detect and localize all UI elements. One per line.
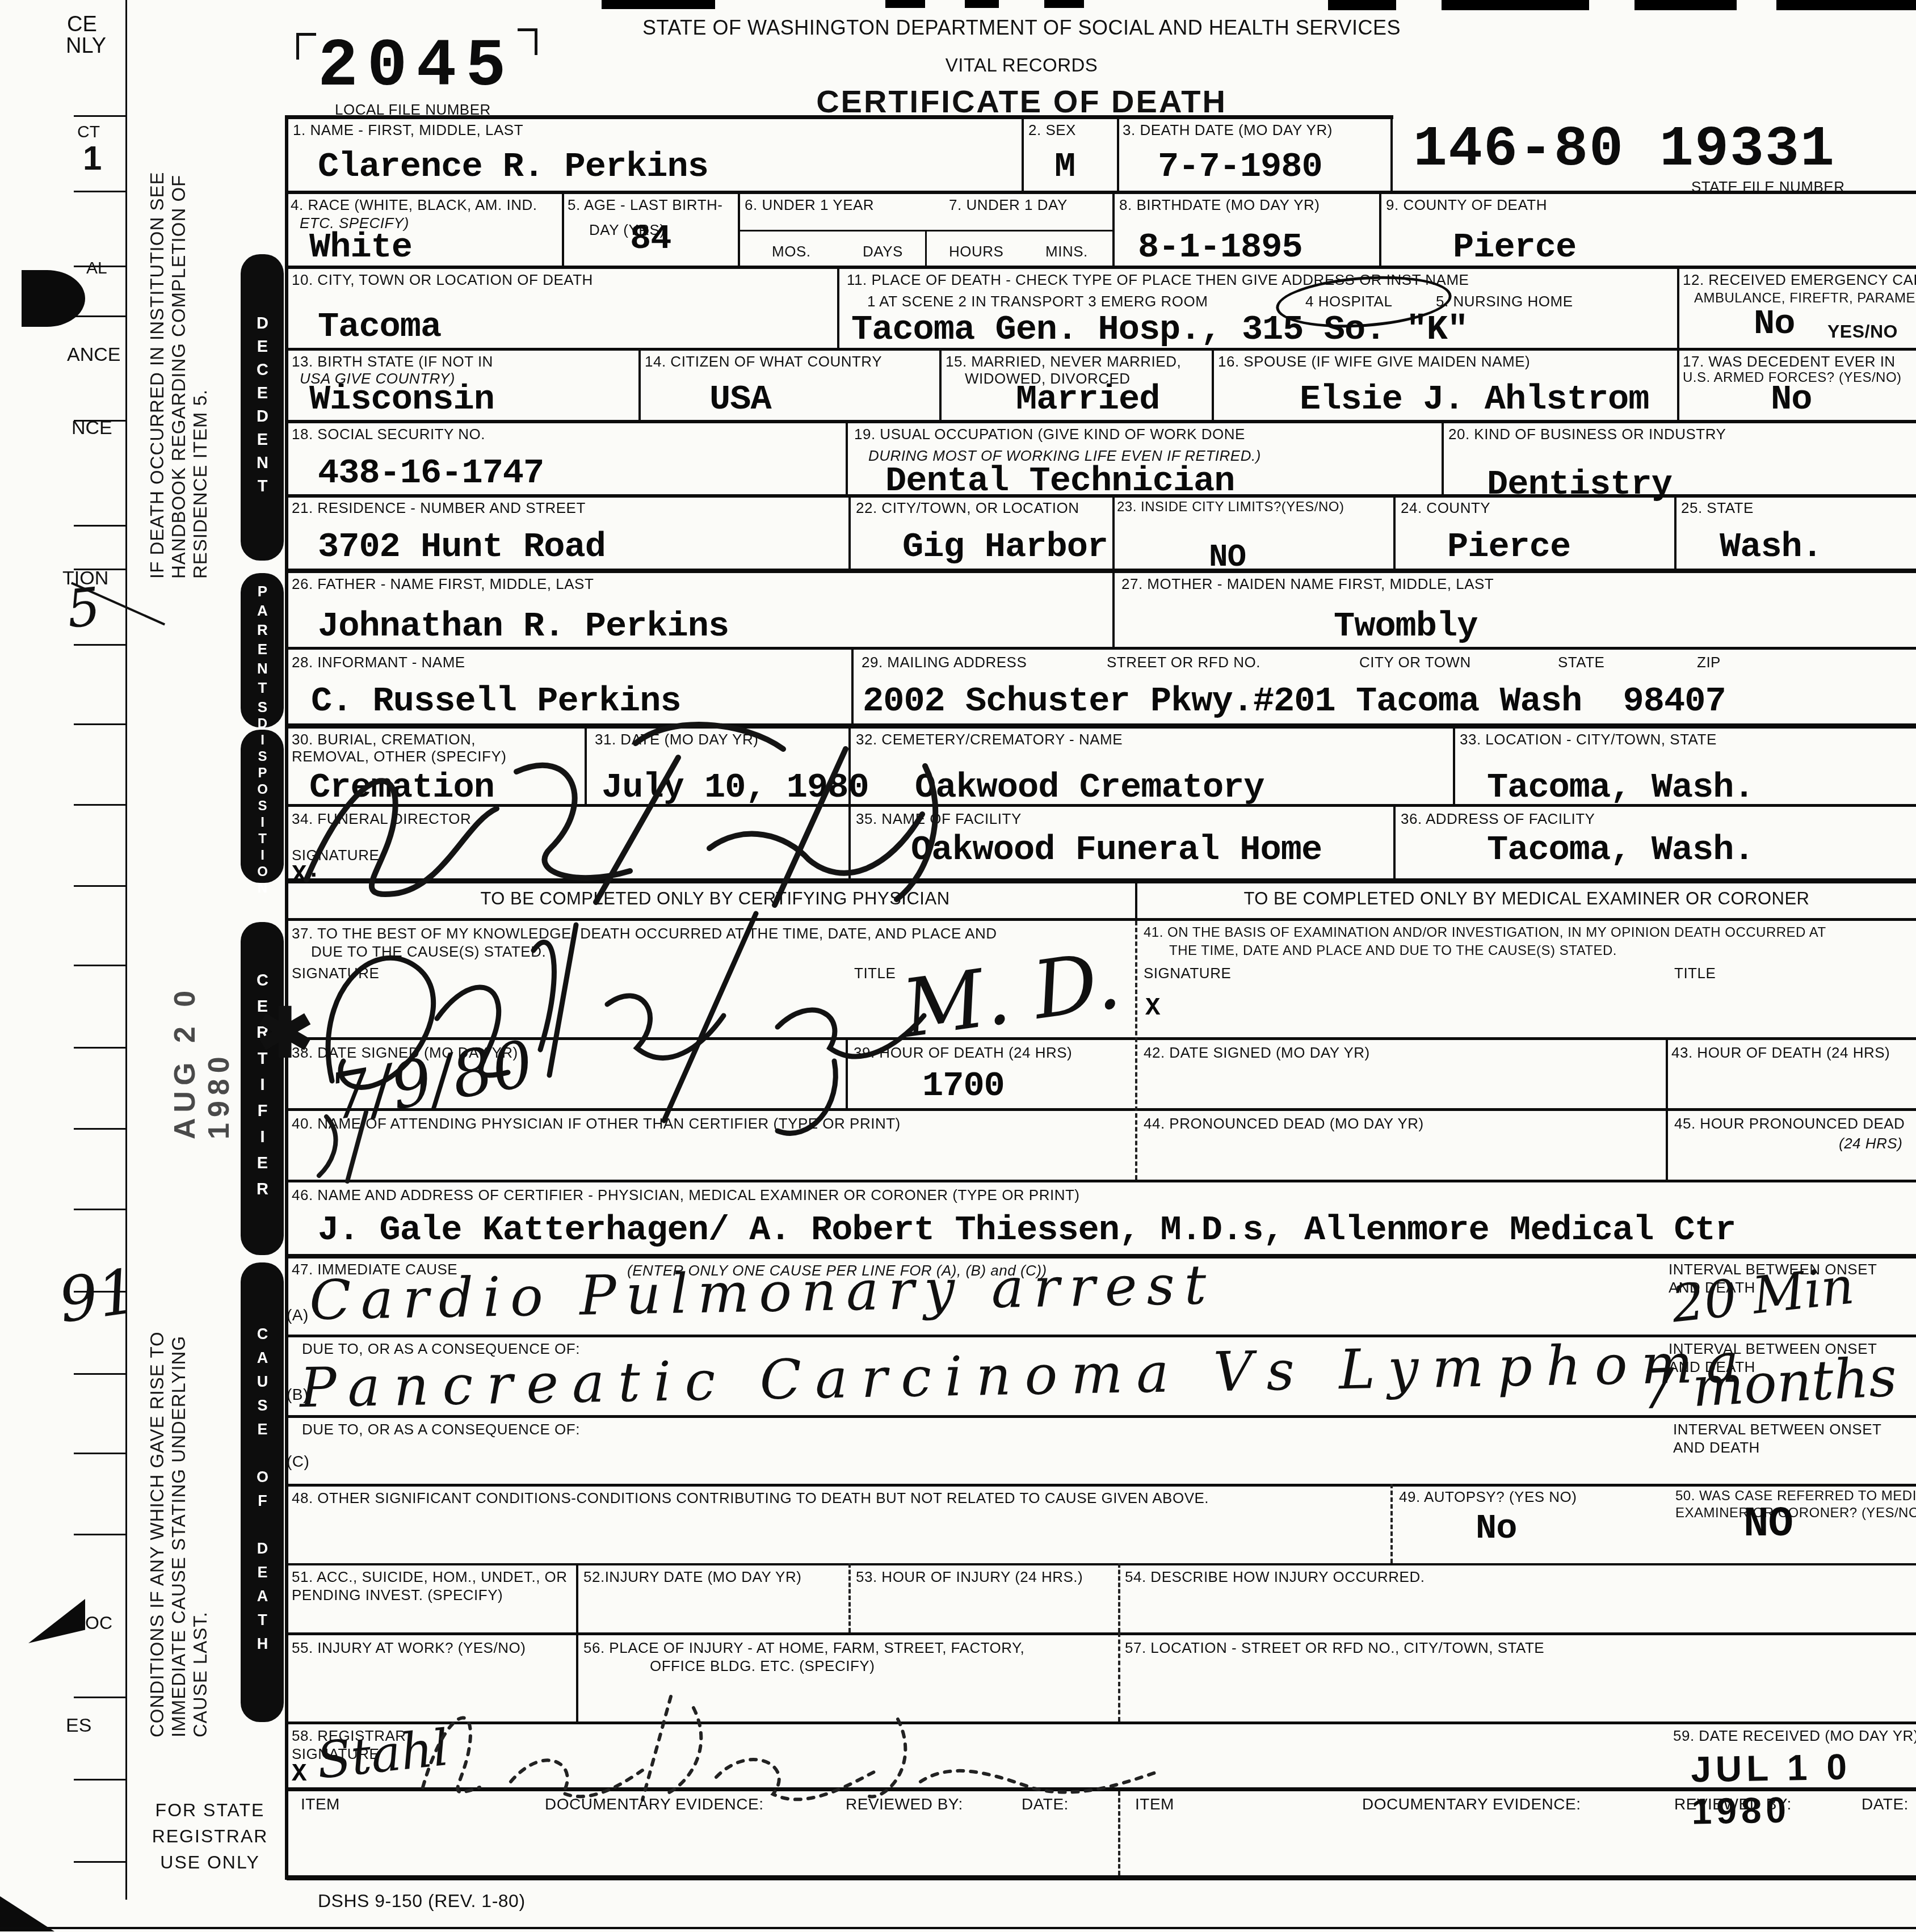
field-value-city-limits: NO <box>1209 539 1246 575</box>
footer-date-1: DATE: <box>1022 1795 1069 1813</box>
field-value-facility-address: Tacoma, Wash. <box>1487 830 1754 870</box>
grid-line <box>74 965 126 966</box>
cause-line-a-label: (A) <box>287 1306 309 1324</box>
field-option-nursing-home: 5. NURSING HOME <box>1436 293 1573 310</box>
field-label-race: 4. RACE (WHITE, BLACK, AM. IND. <box>291 196 537 214</box>
header-department: STATE OF WASHINGTON DEPARTMENT OF SOCIAL… <box>568 16 1476 40</box>
section-bar-label: DECEDENT <box>253 314 272 500</box>
grid-line <box>1379 191 1381 266</box>
grid-line <box>74 644 126 646</box>
field-value-marital: Married <box>1016 379 1159 419</box>
grid-line <box>1677 266 1679 348</box>
grid-line <box>74 1697 126 1698</box>
grid-line <box>1135 878 1137 918</box>
grid-line <box>1666 1108 1668 1180</box>
field-label-injury-location: 57. LOCATION - STREET OR RFD NO., CITY/T… <box>1125 1639 1544 1657</box>
field-label-41-signature: SIGNATURE <box>1144 965 1231 982</box>
footer-use-only-2: REGISTRAR <box>136 1826 284 1847</box>
field-value-occupation: Dental Technician <box>885 461 1235 501</box>
field-label-death-date: 3. DEATH DATE (MO DAY YR) <box>1123 121 1333 139</box>
field-sublabel-street: STREET OR RFD NO. <box>1107 654 1260 671</box>
field-label-occupation: 19. USUAL OCCUPATION (GIVE KIND OF WORK … <box>854 426 1245 443</box>
scan-artifact <box>602 0 715 9</box>
grid-line <box>74 191 126 192</box>
certifier-mid-divider <box>1135 921 1140 1180</box>
field-value-city-of-death: Tacoma <box>318 306 441 347</box>
field-label-residence: 21. RESIDENCE - NUMBER AND STREET <box>292 499 586 517</box>
field-value-hour-of-death: 1700 <box>922 1066 1005 1106</box>
field-value-birthdate: 8-1-1895 <box>1138 227 1302 267</box>
grid-line <box>74 1861 126 1863</box>
field-value-age: 84 <box>630 218 671 259</box>
field-label-injury-hour: 53. HOUR OF INJURY (24 HRS.) <box>856 1568 1083 1586</box>
footer-doc-evidence-2: DOCUMENTARY EVIDENCE: <box>1362 1795 1581 1813</box>
field-label-birthdate: 8. BIRTHDATE (MO DAY YR) <box>1119 196 1320 214</box>
section-bar-cause-of-death: CAUSE OF DEATH <box>241 1262 284 1722</box>
grid-line <box>287 420 1916 423</box>
margin-fragment: AL <box>86 259 107 278</box>
field-value-residence-city: Gig Harbor <box>902 527 1108 567</box>
field-label-under1year: 6. UNDER 1 YEAR <box>745 196 874 214</box>
due-to-label-2: DUE TO, OR AS A CONSEQUENCE OF: <box>302 1421 580 1438</box>
conditions-note-line: CONDITIONS IF ANY WHICH GAVE RISE TO <box>146 1278 168 1737</box>
field-label-hour-pronounced: 45. HOUR PRONOUNCED DEAD <box>1674 1115 1905 1133</box>
field-label-manner2: PENDING INVEST. (SPECIFY) <box>292 1586 503 1604</box>
scan-artifact <box>1776 0 1916 10</box>
grid-line <box>74 723 126 725</box>
field-value-father: Johnathan R. Perkins <box>318 606 729 646</box>
grid-line <box>576 1563 578 1632</box>
field-label-industry: 20. KIND OF BUSINESS OR INDUSTRY <box>1448 426 1726 443</box>
field-label-city-of-death: 10. CITY, TOWN OR LOCATION OF DEATH <box>292 271 593 289</box>
field-label-residence-city: 22. CITY/TOWN, OR LOCATION <box>856 499 1079 517</box>
grid-line <box>562 191 564 266</box>
cause-line-c-label: (C) <box>287 1453 309 1471</box>
death-certificate-page: CE NLY CT 1 AL ANCE NCE TION 5 91 OC ES … <box>0 0 1916 1932</box>
field-label-41-title: TITLE <box>1674 965 1716 982</box>
margin-corner-mark <box>0 1896 54 1931</box>
field-value-residence-state: Wash. <box>1720 527 1822 567</box>
grid-line <box>1442 420 1444 494</box>
field-label-injury-at-work: 55. INJURY AT WORK? (YES/NO) <box>292 1639 526 1657</box>
field-label-residence-state: 25. STATE <box>1681 499 1754 517</box>
field-label-sex: 2. SEX <box>1028 121 1076 139</box>
grid-line <box>74 1779 126 1781</box>
field-value-residence: 3702 Hunt Road <box>318 527 606 567</box>
grid-line <box>287 647 1916 650</box>
grid-line <box>1393 804 1396 878</box>
grid-line <box>287 1180 1916 1182</box>
field-value-industry: Dentistry <box>1487 464 1672 504</box>
grid-line <box>74 885 126 887</box>
grid-line <box>74 1453 126 1454</box>
institution-note-line: HANDBOOK REGARDING COMPLETION OF <box>168 187 190 579</box>
margin-fragment: OC <box>85 1613 112 1634</box>
margin-fragment: ES <box>66 1715 91 1737</box>
interval-label-2b: AND DEATH <box>1669 1358 1755 1376</box>
field-label-how-injury: 54. DESCRIBE HOW INJURY OCCURRED. <box>1125 1568 1425 1586</box>
date-received-stamp: JUL 1 0 1980 <box>1691 1745 1916 1833</box>
conditions-note-line: IMMEDIATE CAUSE STATING UNDERLYING <box>168 1283 190 1737</box>
grid-line <box>1677 348 1679 420</box>
grid-line <box>738 191 740 266</box>
field-label-name: 1. NAME - FIRST, MIDDLE, LAST <box>293 121 523 139</box>
margin-blob <box>22 270 85 327</box>
field-value-armed-forces: No <box>1771 379 1812 419</box>
field-label-facility-address: 36. ADDRESS OF FACILITY <box>1401 810 1595 828</box>
footer-reviewed-by-1: REVIEWED BY: <box>846 1795 963 1813</box>
field-label-mailing-address: 29. MAILING ADDRESS <box>862 654 1027 671</box>
field-label-place-of-injury2: OFFICE BLDG. ETC. (SPECIFY) <box>650 1657 875 1675</box>
grid-line <box>848 1563 853 1632</box>
field-label-hour-of-death: 39. HOUR OF DEATH (24 HRS) <box>854 1044 1072 1062</box>
field-label-41b: THE TIME, DATE AND PLACE AND DUE TO THE … <box>1169 943 1617 959</box>
grid-line <box>1117 115 1119 191</box>
grid-line <box>925 231 927 266</box>
field-label-certifier-name: 46. NAME AND ADDRESS OF CERTIFIER - PHYS… <box>292 1186 1080 1204</box>
field-value-citizen: USA <box>709 379 771 419</box>
field-value-certifier-name: J. Gale Katterhagen/ A. Robert Thiessen,… <box>318 1210 1736 1250</box>
field-value-spouse: Elsie J. Ahlstrom <box>1300 379 1649 419</box>
field-sublabel-mos: MOS. <box>772 243 810 260</box>
interval-label-1a: INTERVAL BETWEEN ONSET <box>1669 1261 1877 1278</box>
field-label-43: 43. HOUR OF DEATH (24 HRS) <box>1671 1044 1890 1062</box>
section-bar-label: DISPOSITION <box>254 716 270 897</box>
footer-item-1: ITEM <box>301 1795 340 1813</box>
field-label-date-received: 59. DATE RECEIVED (MO DAY YR) <box>1673 1727 1916 1745</box>
grid-line <box>846 420 848 494</box>
field-options-place-of-death: 1 AT SCENE 2 IN TRANSPORT 3 EMERG ROOM <box>867 293 1208 310</box>
grid-line <box>74 1373 126 1375</box>
field-41-signature-x: X <box>1145 994 1159 1022</box>
registrar-signature-x: X <box>292 1760 306 1788</box>
scan-artifact <box>1635 0 1737 10</box>
grid-line <box>1666 1037 1668 1108</box>
header-vital-records: VITAL RECORDS <box>568 54 1476 76</box>
field-value-race: White <box>309 227 412 267</box>
grid-line <box>1112 494 1115 569</box>
margin-fragment: ANCE <box>67 344 120 366</box>
field-label-city-limits: 23. INSIDE CITY LIMITS?(YES/NO) <box>1117 499 1344 515</box>
field-label-birth-state: 13. BIRTH STATE (IF NOT IN <box>292 353 493 371</box>
margin-fragment: NCE <box>72 417 112 439</box>
interval-label-3a: INTERVAL BETWEEN ONSET <box>1673 1421 1881 1438</box>
field-value-sex: M <box>1054 146 1075 187</box>
field-label-injury-date: 52.INJURY DATE (MO DAY YR) <box>583 1568 801 1586</box>
grid-line <box>287 266 1916 269</box>
interval-label-1b: AND DEATH <box>1669 1279 1755 1297</box>
grid-line <box>74 525 126 527</box>
grid-line <box>1112 191 1115 266</box>
corner-bracket <box>296 33 316 60</box>
field-label-pronounced-dead: 44. PRONOUNCED DEAD (MO DAY YR) <box>1144 1115 1424 1133</box>
field-label-manner: 51. ACC., SUICIDE, HOM., UNDET., OR <box>292 1568 568 1586</box>
grid-line <box>287 1484 1916 1487</box>
margin-fragment: 1 <box>83 138 102 178</box>
field-label-spouse: 16. SPOUSE (IF WIFE GIVE MAIDEN NAME) <box>1218 353 1530 371</box>
scan-artifact <box>1044 0 1084 8</box>
grid-line <box>1453 723 1455 804</box>
grid-line <box>848 494 851 569</box>
field-sublabel-hours: HOURS <box>949 243 1003 260</box>
interval-label-2a: INTERVAL BETWEEN ONSET <box>1669 1340 1877 1358</box>
local-file-number: 2045 <box>318 30 515 105</box>
scan-artifact <box>965 0 999 8</box>
interval-label-3b: AND DEATH <box>1673 1439 1760 1457</box>
field-value-residence-county: Pierce <box>1447 527 1570 567</box>
grid-line <box>287 191 1916 194</box>
section-bar-label: CAUSE OF DEATH <box>254 1325 271 1659</box>
field-label-mother: 27. MOTHER - MAIDEN NAME FIRST, MIDDLE, … <box>1121 575 1494 593</box>
field-label-referred2: EXAMINER OR CORONER? (YES/NO) <box>1675 1505 1916 1521</box>
grid-line <box>74 1534 126 1535</box>
field-value-emergency-care: No <box>1754 304 1795 344</box>
field-sublabel-state: STATE <box>1558 654 1604 671</box>
field-label-armed-forces: 17. WAS DECEDENT EVER IN <box>1683 353 1896 371</box>
field-value-name: Clarence R. Perkins <box>318 146 708 187</box>
grid-line <box>638 348 641 420</box>
field-value-informant: C. Russell Perkins <box>311 681 681 721</box>
margin-handwriting-91: 91 <box>54 1256 141 1337</box>
field-value-place-of-death: Tacoma Gen. Hosp., 315 So. "K" <box>851 309 1468 350</box>
grid-line <box>939 348 942 420</box>
field-label-41: 41. ON THE BASIS OF EXAMINATION AND/OR I… <box>1144 925 1826 941</box>
field-value-mailing-address: 2002 Schuster Pkwy.#201 Tacoma Wash 9840… <box>863 681 1726 721</box>
footer-doc-evidence-1: DOCUMENTARY EVIDENCE: <box>545 1795 763 1813</box>
footer-reviewed-by-2: REVIEWED BY: <box>1674 1795 1792 1813</box>
grid-line <box>287 723 1916 729</box>
grid-line <box>287 1875 1916 1880</box>
field-label-county-of-death: 9. COUNTY OF DEATH <box>1386 196 1547 214</box>
field-sublabel-zip: ZIP <box>1697 654 1721 671</box>
footer-date-2: DATE: <box>1862 1795 1909 1813</box>
grid-line <box>1674 494 1676 569</box>
field-value-autopsy: No <box>1476 1508 1516 1548</box>
margin-fragment: NLY <box>66 34 106 58</box>
grid-line <box>1390 1484 1395 1563</box>
margin-fragment: CE <box>67 12 97 37</box>
field-label-residence-county: 24. COUNTY <box>1401 499 1490 517</box>
footer-use-only-1: FOR STATE <box>136 1800 284 1821</box>
field-label-42: 42. DATE SIGNED (MO DAY YR) <box>1144 1044 1370 1062</box>
left-margin-rule <box>125 0 127 1900</box>
section-bar-label: PARENTS <box>254 583 271 718</box>
grid-line <box>74 1209 126 1210</box>
field-label-citizen: 14. CITIZEN OF WHAT COUNTRY <box>645 353 882 371</box>
field-value-death-date: 7-7-1980 <box>1158 146 1322 187</box>
grid-line <box>1112 569 1115 647</box>
scan-artifact <box>1328 0 1396 10</box>
institution-note-line: IF DEATH OCCURRED IN INSTITUTION SEE <box>146 182 168 579</box>
field-label-ssn: 18. SOCIAL SECURITY NO. <box>292 426 485 443</box>
grid-line <box>1022 115 1024 191</box>
field-label-emergency-care2: AMBULANCE, FIREFTR, PARAMED? <box>1694 291 1916 306</box>
grid-line <box>74 1047 126 1049</box>
received-stamp-aug: AUG 2 0 1980 <box>168 958 236 1139</box>
footer-form-number: DSHS 9-150 (REV. 1-80) <box>318 1891 526 1912</box>
grid-line <box>287 1563 1916 1565</box>
band-medical-examiner: TO BE COMPLETED ONLY BY MEDICAL EXAMINER… <box>1141 889 1913 909</box>
footer-item-2: ITEM <box>1135 1795 1174 1813</box>
pen-marks <box>306 1106 403 1186</box>
section-bar-decedent: DECEDENT <box>241 254 284 561</box>
field-label-referred: 50. WAS CASE REFERRED TO MEDICAL <box>1675 1488 1916 1504</box>
field-label-other-conditions: 48. OTHER SIGNIFICANT CONDITIONS-CONDITI… <box>292 1489 1209 1507</box>
institution-note-line: RESIDENCE ITEM 5. <box>190 363 211 579</box>
section-bar-parents: PARENTS <box>241 573 284 727</box>
field-value-disposition-location: Tacoma, Wash. <box>1487 767 1754 807</box>
grid-line <box>1118 1563 1123 1632</box>
grid-line <box>1390 115 1393 191</box>
field-sublabel-days: DAYS <box>863 243 903 260</box>
grid-line <box>74 804 126 806</box>
corner-bracket <box>518 28 537 55</box>
grid-line <box>837 266 839 348</box>
footer-use-only-3: USE ONLY <box>136 1852 284 1873</box>
state-file-number: 146-80 19331 <box>1413 118 1835 182</box>
field-label-hour-pronounced2: (24 HRS) <box>1839 1135 1902 1152</box>
field-label-place-of-injury: 56. PLACE OF INJURY - AT HOME, FARM, STR… <box>583 1639 1024 1657</box>
field-value-ssn: 438-16-1747 <box>318 453 544 493</box>
field-value-referred: NO <box>1743 1501 1793 1548</box>
grid-line <box>287 115 1393 119</box>
grid-line <box>1212 348 1214 420</box>
field-sublabel-mins: MINS. <box>1045 243 1088 260</box>
registrar-signature <box>397 1674 1192 1810</box>
grid-line <box>851 647 854 723</box>
grid-line <box>287 1632 1916 1635</box>
field-label-autopsy: 49. AUTOPSY? (YES NO) <box>1399 1488 1577 1506</box>
field-label-emergency-care: 12. RECEIVED EMERGENCY CARE <box>1683 271 1916 289</box>
grid-line <box>0 1927 1916 1929</box>
grid-line <box>287 569 1916 573</box>
field-value-birth-state: Wisconsin <box>309 379 494 419</box>
grid-line <box>74 1128 126 1130</box>
margin-arrow <box>28 1599 85 1643</box>
grid-line <box>1393 494 1396 569</box>
scan-artifact <box>885 0 925 8</box>
field-label-marital: 15. MARRIED, NEVER MARRIED, <box>946 353 1181 371</box>
field-label-age: 5. AGE - LAST BIRTH- <box>568 196 722 214</box>
field-value-county-of-death: Pierce <box>1453 227 1576 267</box>
conditions-note-line: CAUSE LAST. <box>190 1583 211 1737</box>
grid-line <box>74 315 126 317</box>
field-sublabel-city-or-town: CITY OR TOWN <box>1359 654 1471 671</box>
field-yesno: YES/NO <box>1827 321 1898 342</box>
field-label-under1day: 7. UNDER 1 DAY <box>949 196 1068 214</box>
margin-handwriting-5: 5 <box>64 576 103 640</box>
field-value-mother: Twombly <box>1334 606 1477 646</box>
field-label-father: 26. FATHER - NAME FIRST, MIDDLE, LAST <box>292 575 594 593</box>
field-label-disposition-location: 33. LOCATION - CITY/TOWN, STATE <box>1460 731 1717 748</box>
field-label-informant: 28. INFORMANT - NAME <box>292 654 465 671</box>
header-title: CERTIFICATE OF DEATH <box>568 83 1476 120</box>
scan-artifact <box>1442 0 1589 10</box>
grid-line <box>74 115 126 117</box>
